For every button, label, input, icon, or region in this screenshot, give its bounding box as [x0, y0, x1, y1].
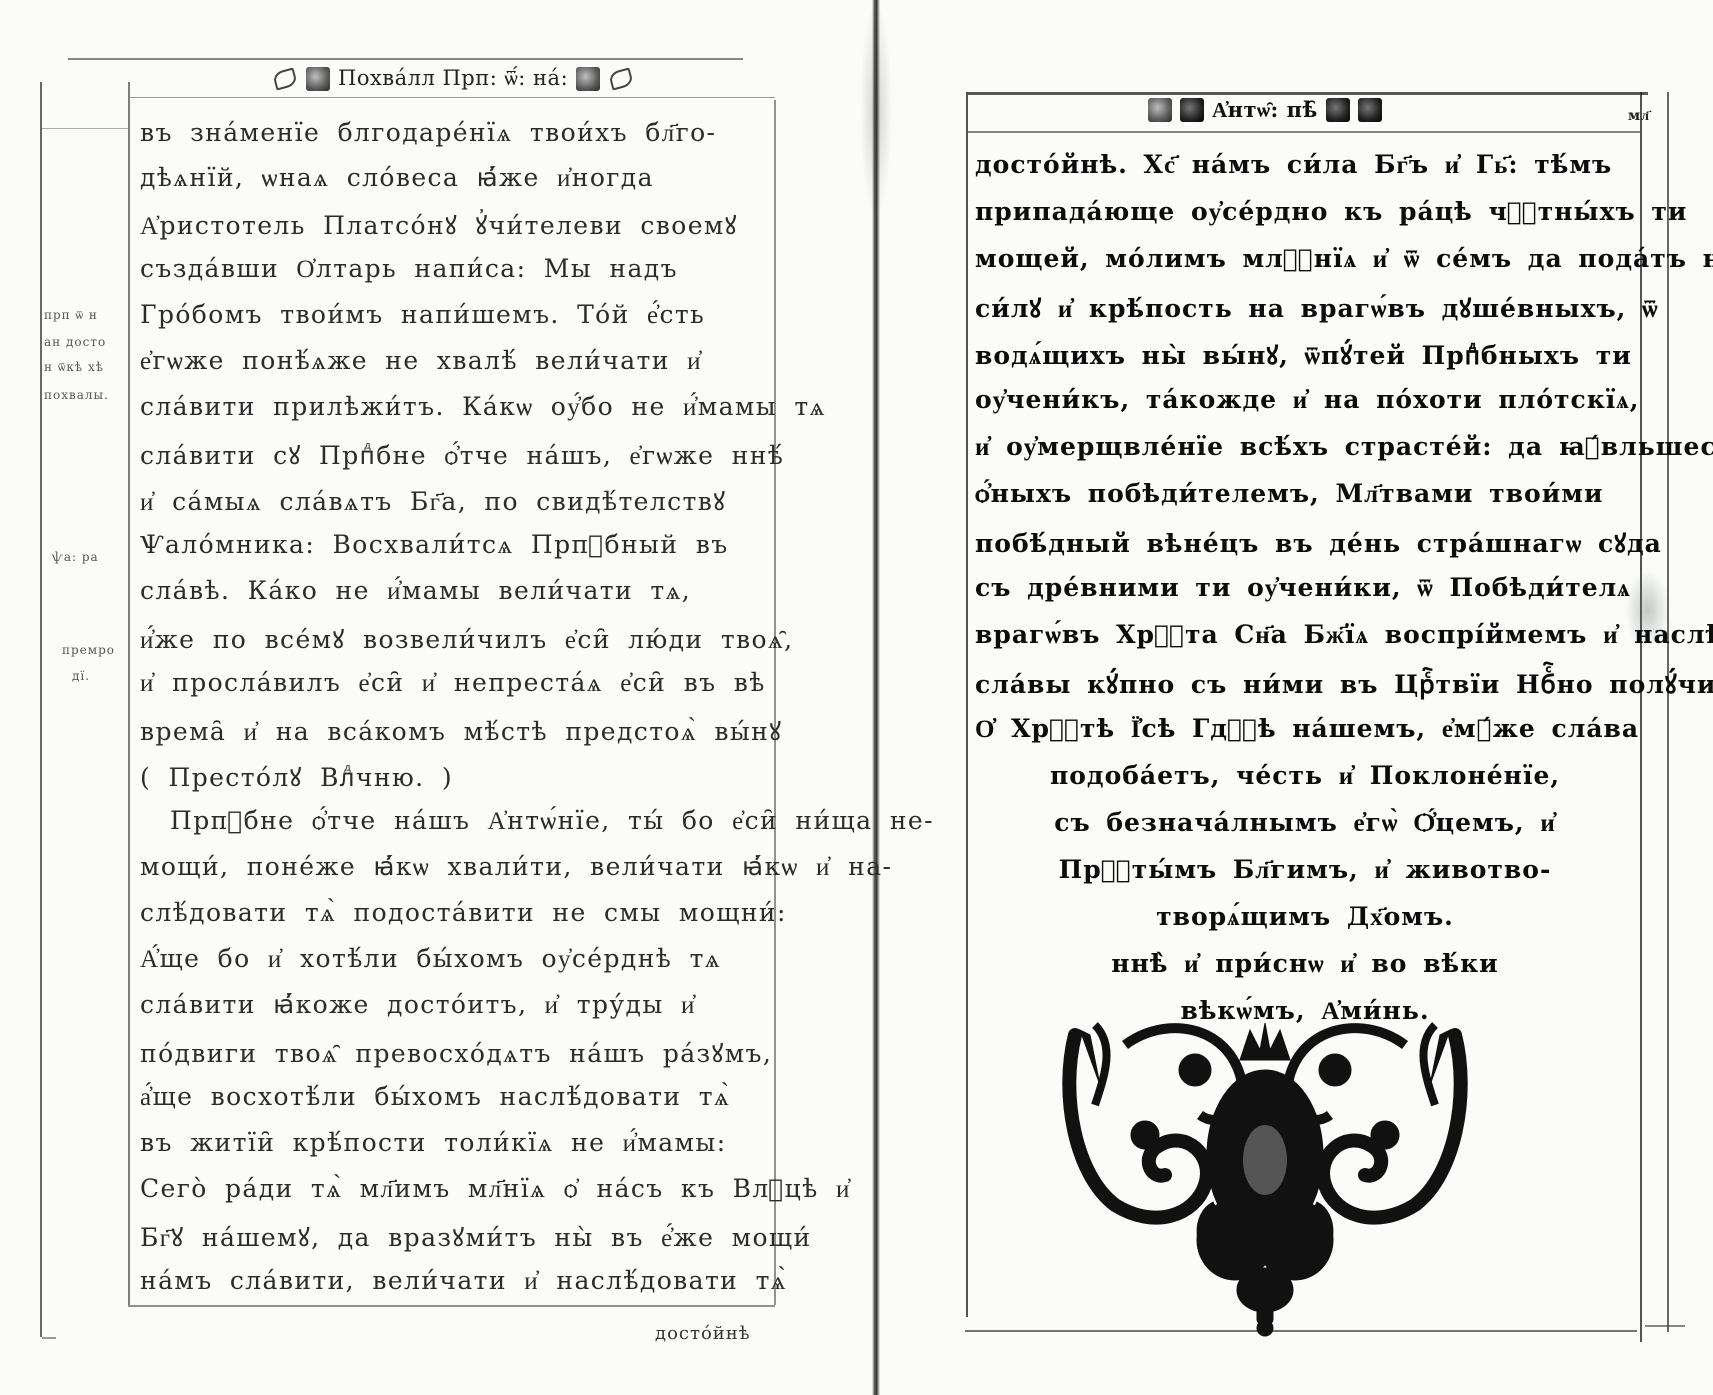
text-line: сла́вити сꙋ Прпⷣбне ѻ҆́тче на́шъ, е҆гѡже… — [140, 438, 765, 472]
text-line: оу҆чени́къ, та́кожде и҆ на по́хоти пло́т… — [975, 385, 1635, 415]
text-line: слѣ́довати тѧ̀ подоста́вити не смы мощни… — [140, 898, 765, 928]
text-line: въ житїи̑ крѣ́пости толи́кїѧ не и҆́мамы: — [140, 1128, 765, 1158]
text-line: Прпⷣбне ѻ҆́тче на́шъ А҆нтѡ́нїе, ты́ бо е… — [140, 806, 765, 836]
ornamental-tailpiece-icon — [1055, 1015, 1475, 1340]
book-gutter — [872, 0, 880, 1395]
right-bottom-tick — [1645, 1325, 1685, 1327]
text-line: съ безнача́лнымъ е҆гѡ̀ Ѻ҆́цемъ, и҆ — [975, 808, 1635, 838]
margin-note: ѱа: ра — [52, 545, 99, 570]
text-line: врема̑ и҆ на вса́комъ мѣ́стѣ предстоѧ̀ в… — [140, 714, 765, 748]
left-text-frame-left — [128, 82, 130, 1305]
text-line: Бг҃ꙋ на́шемꙋ, да вразꙋми́тъ ны̀ въ е҆́же… — [140, 1220, 765, 1254]
text-line: сла́вити прилѣжи́тъ. Ка́кѡ оу҆́бо не и҆́… — [140, 392, 765, 422]
right-text-frame-right — [1640, 92, 1642, 1342]
left-text-frame-right — [774, 100, 776, 1305]
right-text-body: досто́йнѣ. Хс҃ на́мъ си́ла Бг҃ъ и҆ Гь҃: … — [975, 150, 1635, 850]
text-line: и҆ оу҆мерщвле́нїе всѣ́хъ страсте́й: да ꙗ… — [975, 432, 1635, 462]
text-line: на́мъ сла́вити, вели́чати и҆ наслѣ́доват… — [140, 1266, 765, 1296]
left-text-body: въ зна́менїе блгодаре́нїѧ твои́хъ бл҃го-… — [140, 118, 765, 1303]
text-line: и҆ са́мыѧ сла́вѧтъ Бг҃а, по свидѣ́телств… — [140, 484, 765, 518]
text-line: по́двиги твоѧ̑ превосхо́дѧтъ на́шъ ра́зꙋ… — [140, 1036, 765, 1070]
left-margin-rule — [42, 128, 128, 129]
margin-note: ан досто — [44, 330, 106, 355]
headpiece-block-icon — [576, 67, 600, 91]
right-text-frame-left — [966, 92, 968, 1317]
text-line: побѣ́дный вѣне́цъ въ де́нь стра́шнагѡ сꙋ… — [975, 526, 1635, 560]
text-line: мощи́, поне́же ꙗ҆́кѡ хвали́ти, вели́чати… — [140, 852, 765, 882]
right-top-rule — [968, 92, 1648, 95]
text-line: дѣѧнїй, ѡнаѧ сло́веса ꙗ҆́же и҆ногда — [140, 163, 765, 193]
right-header-rule — [968, 131, 1640, 133]
left-header-title: Похва́лл Прп: ѿ́: на́: — [338, 66, 568, 91]
headpiece-block-icon — [1326, 98, 1350, 122]
text-line: е҆гѡже понѣ́ѧже не хвалѣ́ вели́чати и҆ — [140, 346, 765, 376]
left-bottom-rule — [128, 1305, 775, 1307]
text-line: сла́вити ꙗ҆́коже досто́итъ, и҆ тру́ды и҆ — [140, 990, 765, 1020]
text-line: Гро́бомъ твои́мъ напи́шемъ. То́й е҆́сть — [140, 300, 765, 330]
text-line: А҆́ще бо и҆ хотѣ́ли бы́хомъ оу҆се́рднѣ т… — [140, 944, 765, 974]
margin-note: премро — [62, 638, 115, 663]
text-line: си́лꙋ и҆ крѣ́пость на врагѡ́въ дꙋше́вных… — [975, 291, 1635, 325]
text-line: припада́юще оу҆се́рдно къ ра́цѣ чⷭ҇тны́х… — [975, 197, 1635, 227]
text-line: водѧ́щихъ ны̀ вы́нꙋ, ѿпꙋ́тей Прпⷣбныхъ т… — [975, 338, 1635, 372]
left-header-rule — [130, 97, 775, 98]
headpiece-block-icon — [1180, 98, 1204, 122]
left-bottom-tick — [42, 1337, 56, 1339]
margin-note: мл҃ — [1628, 104, 1650, 129]
text-line: и҆́же по все́мꙋ возвели́чилъ е҆си̑ лю́ди… — [140, 622, 765, 656]
left-outer-margin-line — [40, 82, 42, 1337]
text-line: О҆ Хрⷭ҇тѣ Ї҆сѣ Гдⷭ҇ѣ на́шемъ, е҆мꙋ́же сл… — [975, 714, 1635, 744]
text-line: съ дре́вними ти оу҆чени́ки, ѿ Побѣди́тел… — [975, 573, 1635, 603]
text-line: Ѱало́мника: Восхвали́тсѧ Прпⷣбный въ — [140, 530, 765, 560]
margin-note: н ѿкѣ хѣ — [44, 355, 104, 380]
margin-note: похвалы. — [44, 383, 109, 408]
text-line: досто́йнѣ. Хс҃ на́мъ си́ла Бг҃ъ и҆ Гь҃: … — [975, 150, 1635, 180]
headpiece-block-icon — [1358, 98, 1382, 122]
text-line: мощей, мо́лимъ млⷭ҇нїѧ и҆ ѿ се́мъ да под… — [975, 244, 1635, 274]
text-line: врагѡ́въ Хрⷭ҇та Сн҃а Бж҃їѧ воспрі́ймемъ … — [975, 620, 1635, 650]
text-line: Сего̀ ра́ди тѧ̀ мл҃имъ мл҃нїѧ ѻ҆ на́съ к… — [140, 1174, 765, 1204]
text-line: и҆ просла́вилъ е҆си̑ и҆ непреста́ѧ е҆си̑… — [140, 668, 765, 698]
text-line: ннѣ̀ и҆ при́снѡ и҆ во вѣ́ки — [1075, 949, 1535, 979]
left-running-header: Похва́лл Прп: ѿ́: на́: — [272, 66, 634, 91]
left-top-rule — [68, 58, 743, 60]
text-line: създа́вши О҆лтарь напи́са: Мы надъ — [140, 254, 765, 284]
text-line: Прⷭ҇ты́мъ Бл҃гимъ, и҆ животво- — [1045, 855, 1565, 885]
headpiece-block-icon — [306, 67, 330, 91]
right-running-header: А҆нтѡ̑: пѣ̑ — [1148, 97, 1382, 123]
text-line: а҆́ще восхотѣ́ли бы́хомъ наслѣ́довати тѧ… — [140, 1082, 765, 1112]
margin-note: дї. — [72, 664, 90, 689]
headpiece-flourish-icon — [272, 67, 298, 91]
text-line: ѻ҆́ныхъ побѣди́телемъ, Мл҃твами твои́ми — [975, 479, 1635, 509]
text-line: подоба́етъ, че́сть и҆ Поклоне́нїе, — [975, 761, 1635, 791]
headpiece-block-icon — [1148, 98, 1172, 122]
text-line: творѧ́щимъ Дх҃омъ. — [1065, 902, 1545, 932]
headpiece-flourish-icon — [608, 67, 634, 91]
text-line: въ зна́менїе блгодаре́нїѧ твои́хъ бл҃го- — [140, 118, 765, 148]
text-line: сла́вѣ. Ка́ко не и҆́мамы вели́чати тѧ, — [140, 576, 765, 606]
right-header-title: А҆нтѡ̑: пѣ̑ — [1212, 97, 1318, 123]
text-line: сла́вы кꙋ́пно съ ни́ми въ Црⷭ҇твїи Нбⷭ҇н… — [975, 667, 1635, 701]
catchword: досто́йнѣ — [655, 1323, 751, 1344]
text-line: А҆ристотель Платсо́нꙋ ꙋ҆чи́телеви своемꙋ — [140, 208, 765, 242]
right-outer-margin-line — [1667, 92, 1669, 1332]
margin-note: прп ѿ н — [44, 303, 98, 328]
text-line: ( Престо́лꙋ Влⷣчню. ) — [140, 760, 765, 794]
